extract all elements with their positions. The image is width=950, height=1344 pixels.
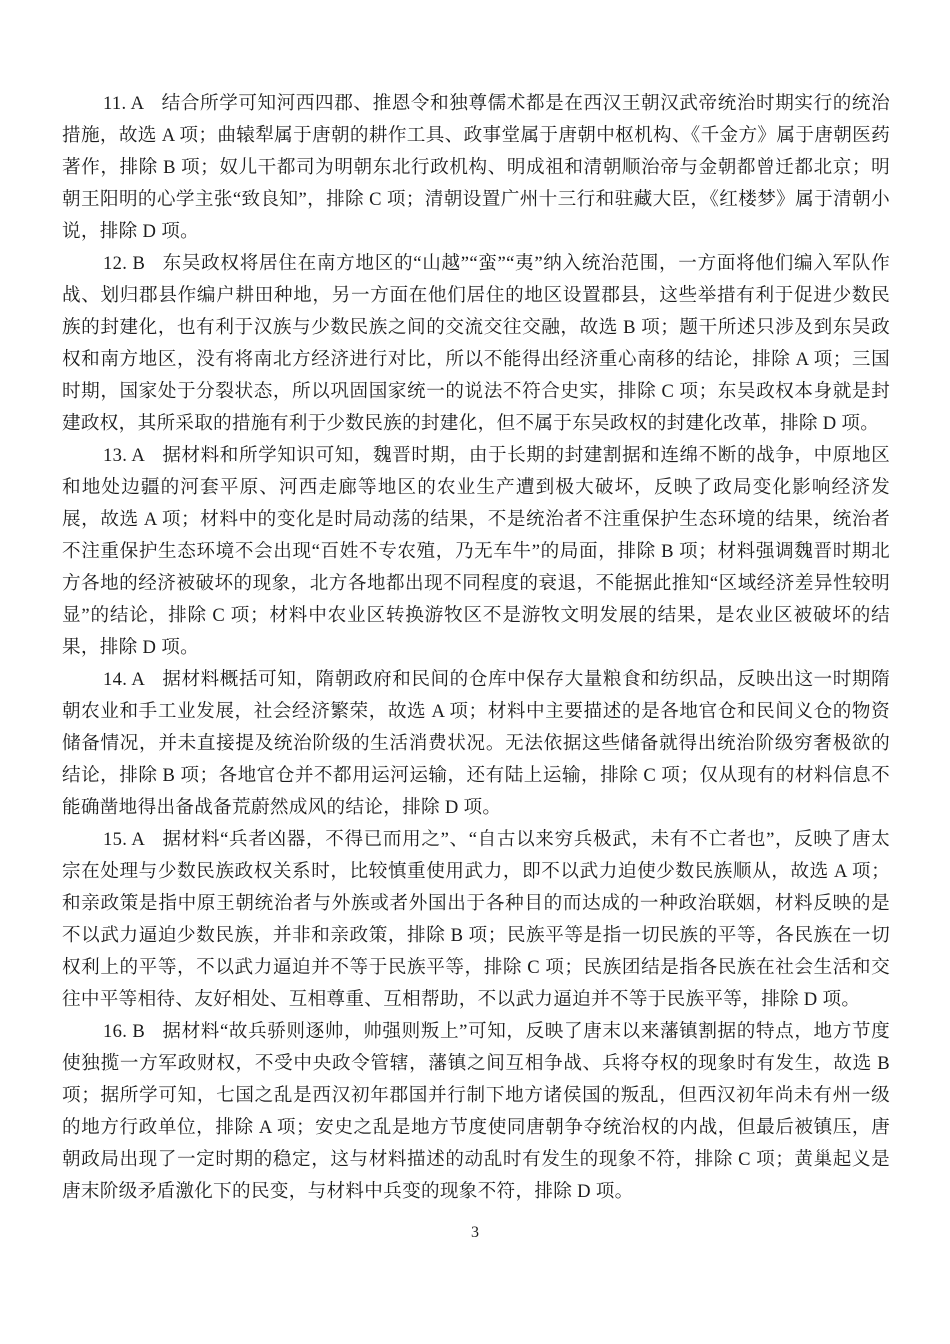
- answer-explanation-13: 13. A据材料和所学知识可知，魏晋时期，由于长期的封建割据和连绵不断的战争，中…: [62, 440, 890, 664]
- question-number-and-answer: 13. A: [103, 445, 162, 466]
- explanation-text: 据材料“兵者凶器，不得已而用之”、“自古以来穷兵极武，未有不亡者也”，反映了唐太…: [62, 829, 890, 1010]
- answer-explanation-15: 15. A据材料“兵者凶器，不得已而用之”、“自古以来穷兵极武，未有不亡者也”，…: [62, 824, 890, 1016]
- question-number-and-answer: 14. A: [103, 669, 162, 690]
- question-number-and-answer: 11. A: [103, 93, 161, 114]
- answer-explanations: 11. A结合所学可知河西四郡、推恩令和独尊儒术都是在西汉王朝汉武帝统治时期实行…: [62, 88, 890, 1208]
- question-number-and-answer: 16. B: [103, 1021, 162, 1042]
- explanation-text: 东吴政权将居住在南方地区的“山越”“蛮”“夷”纳入统治范围，一方面将他们编入军队…: [62, 253, 890, 434]
- explanation-text: 据材料和所学知识可知，魏晋时期，由于长期的封建割据和连绵不断的战争，中原地区和地…: [62, 445, 890, 658]
- question-number-and-answer: 12. B: [103, 253, 162, 274]
- answer-explanation-14: 14. A据材料概括可知，隋朝政府和民间的仓库中保存大量粮食和纺织品，反映出这一…: [62, 664, 890, 824]
- document-page: { "page": { "number": "3" }, "answers": …: [0, 0, 950, 1344]
- explanation-text: 结合所学可知河西四郡、推恩令和独尊儒术都是在西汉王朝汉武帝统治时期实行的统治措施…: [62, 93, 890, 242]
- question-number-and-answer: 15. A: [103, 829, 162, 850]
- page-number: 3: [0, 1224, 950, 1242]
- explanation-text: 据材料“故兵骄则逐帅，帅强则叛上”可知，反映了唐末以来藩镇割据的特点，地方节度使…: [62, 1021, 890, 1202]
- explanation-text: 据材料概括可知，隋朝政府和民间的仓库中保存大量粮食和纺织品，反映出这一时期隋朝农…: [62, 669, 890, 818]
- answer-explanation-16: 16. B据材料“故兵骄则逐帅，帅强则叛上”可知，反映了唐末以来藩镇割据的特点，…: [62, 1016, 890, 1208]
- answer-explanation-11: 11. A结合所学可知河西四郡、推恩令和独尊儒术都是在西汉王朝汉武帝统治时期实行…: [62, 88, 890, 248]
- answer-explanation-12: 12. B东吴政权将居住在南方地区的“山越”“蛮”“夷”纳入统治范围，一方面将他…: [62, 248, 890, 440]
